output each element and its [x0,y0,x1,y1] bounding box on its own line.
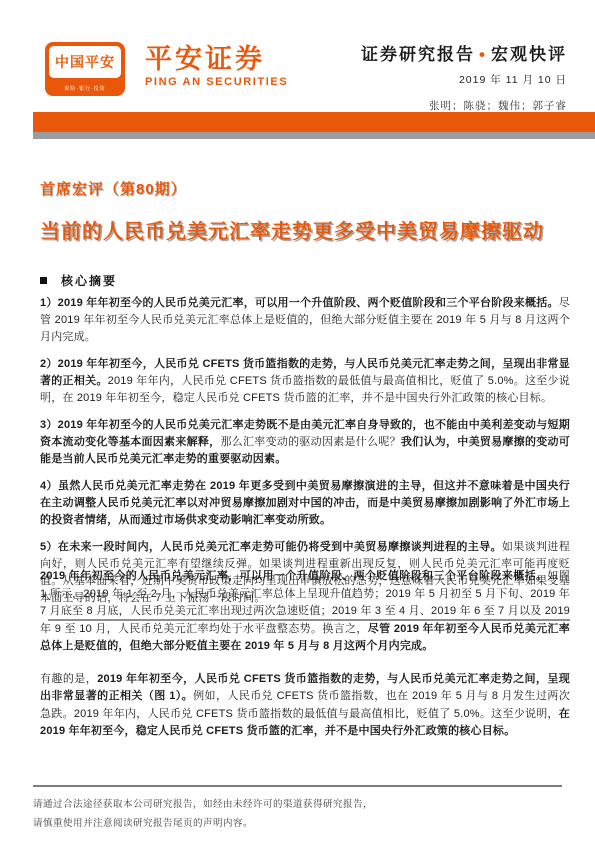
brand-name-cn: 平安证券 [145,44,288,74]
summary-list: 1）2019 年年初至今的人民币兑美元汇率，可以用一个升值阶段、两个贬值阶段和三… [40,295,570,607]
report-authors: 张明；陈骁；魏伟；郭子睿 [361,98,567,113]
footer-line-1: 请通过合法途径获取本公司研究报告，如经由未经许可的渠道获得研究报告， [33,795,562,814]
report-type-line: 证券研究报告•宏观快评 [361,40,567,65]
body-text-section: 2019 年年初至今的人民币兑美元汇率，可以用一个升值阶段、两个贬值阶段和三个平… [40,568,570,756]
separator-dot: • [475,45,491,64]
page-footer: 请通过合法途径获取本公司研究报告，如经由未经许可的渠道获得研究报告， 请慎重使用… [33,785,562,833]
footer-disclaimer: 请通过合法途径获取本公司研究报告，如经由未经许可的渠道获得研究报告， 请慎重使用… [33,795,562,833]
body-paragraph: 有趣的是，2019 年年初至今，人民币兑 CFETS 货币篮指数的走势，与人民币… [40,671,570,741]
gray-shadow-bar [33,132,595,139]
summary-item: 2）2019 年年初至今，人民币兑 CFETS 货币篮指数的走势，与人民币兑美元… [40,356,570,407]
brand-text: 平安证券 PING AN SECURITIES [145,44,288,88]
text-segment: 有趣的是， [40,673,97,685]
text-segment: 2019 年年初至今的人民币兑美元汇率，可以用一个升值阶段、两个贬值阶段和三个平… [40,570,547,582]
pingan-logo-subtext: 保险·银行·投资 [45,85,125,92]
report-date: 2019 年 11 月 10 日 [361,72,567,87]
brand-name-en: PING AN SECURITIES [145,76,288,88]
text-segment: 那么汇率变动的驱动因素是什么呢？ [220,436,400,448]
report-type: 证券研究报告 [361,45,475,64]
text-segment: 2019 年年内，人民币兑 CFETS 货币篮指数的最低值与最高值相比，贬值了 … [40,375,570,404]
pingan-logo: 中国平安 保险·银行·投资 [45,42,125,96]
report-headline: 当前的人民币兑美元汇率走势更多受中美贸易摩擦驱动 [40,215,570,244]
text-segment: 5）在未来一段时间内，人民币兑美元汇率走势可能仍将受到中美贸易摩擦谈判进程的主导… [40,541,502,553]
report-category: 宏观快评 [491,45,567,64]
title-block: 首席宏评（第80期） 当前的人民币兑美元汇率走势更多受中美贸易摩擦驱动 [40,178,570,244]
text-segment: 1）2019 年年初至今的人民币兑美元汇率，可以用一个升值阶段、两个贬值阶段和三… [40,297,559,309]
series-title: 首席宏评（第80期） [40,178,570,199]
body-paragraph: 2019 年年初至今的人民币兑美元汇率，可以用一个升值阶段、两个贬值阶段和三个平… [40,568,570,656]
summary-item: 4）虽然人民币兑美元汇率走势在 2019 年更多受到中美贸易摩擦演进的主导，但这… [40,478,570,529]
header-right: 证券研究报告•宏观快评 2019 年 11 月 10 日 张明；陈骁；魏伟；郭子… [361,40,567,113]
orange-divider-bar [33,112,595,132]
summary-item: 1）2019 年年初至今的人民币兑美元汇率，可以用一个升值阶段、两个贬值阶段和三… [40,295,570,346]
summary-heading-row: 核心摘要 [40,272,570,289]
pingan-logo-text: 中国平安 [49,46,121,78]
summary-heading: 核心摘要 [61,272,117,289]
summary-item: 3）2019 年年初至今的人民币兑美元汇率走势既不是由美元汇率自身导致的，也不能… [40,417,570,468]
page-header: 中国平安 保险·银行·投资 平安证券 PING AN SECURITIES 证券… [45,38,567,108]
text-segment: 4）虽然人民币兑美元汇率走势在 2019 年更多受到中美贸易摩擦演进的主导，但这… [40,480,570,526]
footer-divider-line [33,785,562,787]
footer-line-2: 请慎重使用并注意阅读研究报告尾页的声明内容。 [33,814,562,833]
square-bullet-icon [40,277,47,284]
